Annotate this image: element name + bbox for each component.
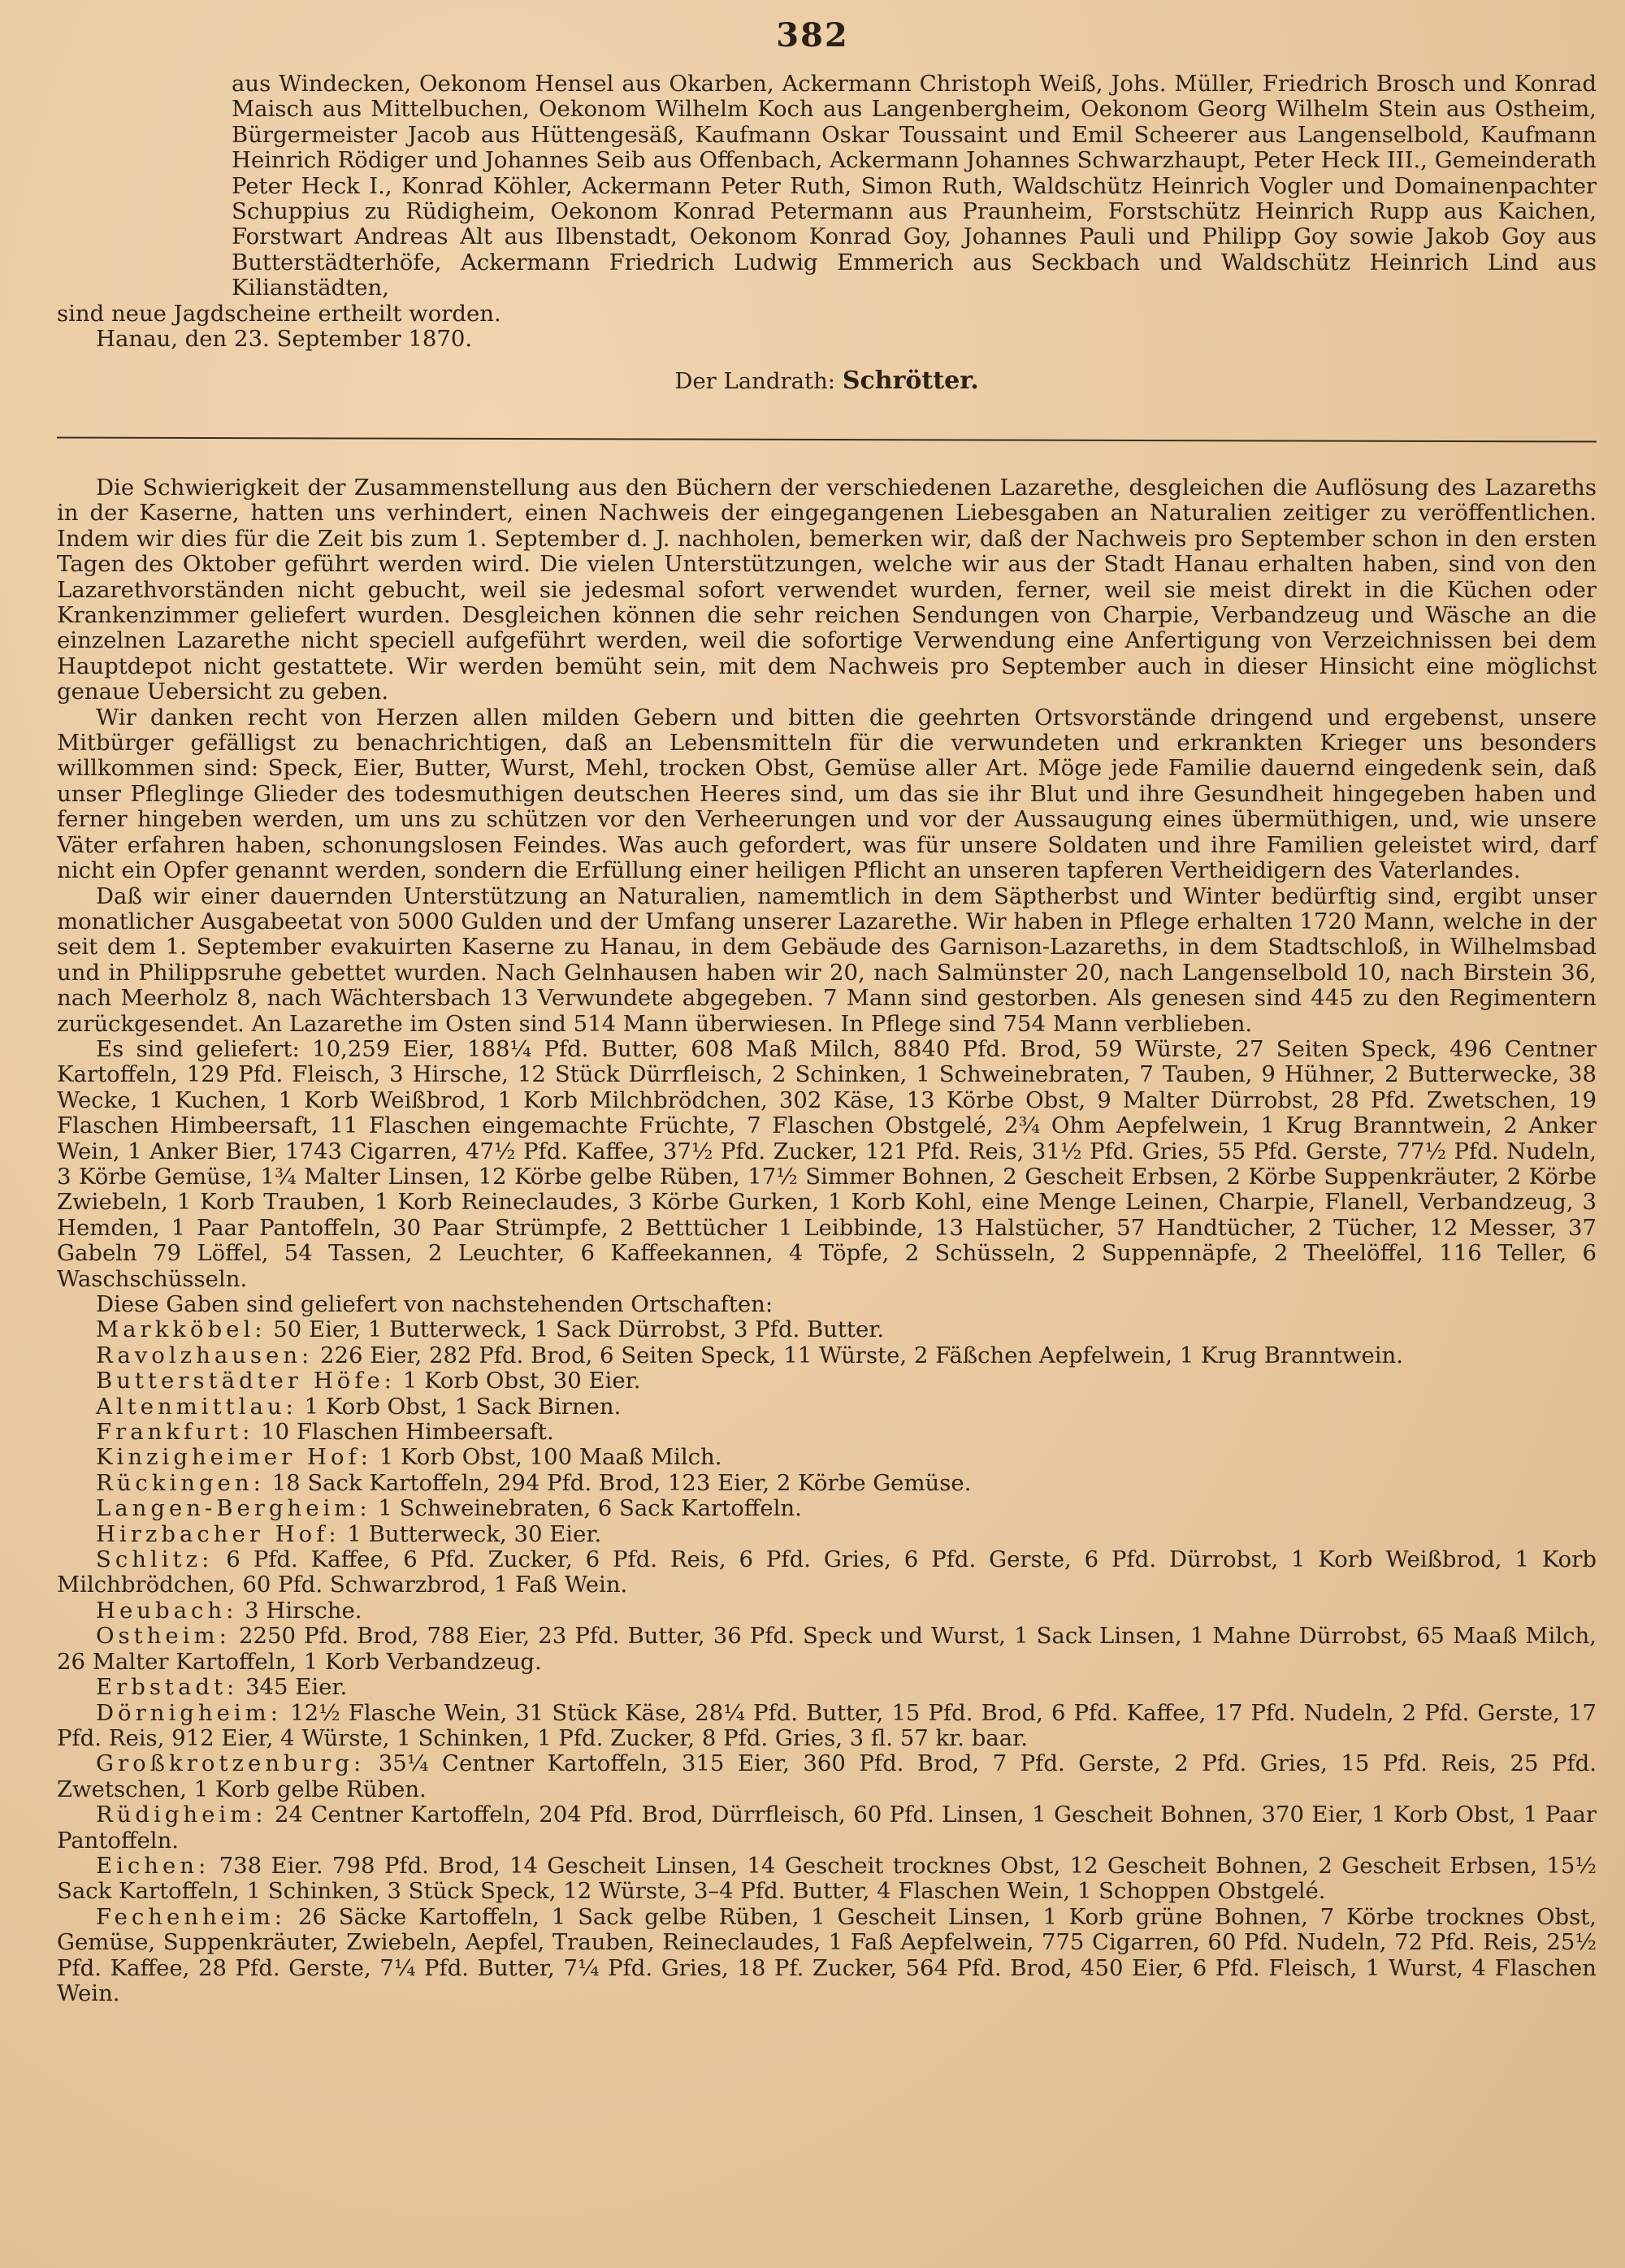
locality-entry: Fechenheim: 26 Säcke Kartoffeln, 1 Sack …	[57, 1905, 1597, 2007]
locality-name: Rückingen:	[96, 1470, 265, 1496]
locality-entry: Schlitz: 6 Pfd. Kaffee, 6 Pfd. Zucker, 6…	[57, 1547, 1597, 1598]
locality-items: 226 Eier, 282 Pfd. Brod, 6 Seiten Speck,…	[320, 1342, 1403, 1368]
locality-entry: Ravolzhausen: 226 Eier, 282 Pfd. Brod, 6…	[57, 1343, 1597, 1368]
locality-name: Markköbel:	[96, 1316, 266, 1342]
locality-entry: Langen-Bergheim: 1 Schweinebraten, 6 Sac…	[57, 1496, 1597, 1521]
section-divider	[57, 437, 1597, 443]
license-holders-list: aus Windecken, Oekonom Hensel aus Okarbe…	[57, 72, 1597, 301]
locality-name: Großkrotzenburg:	[96, 1750, 365, 1776]
locality-name: Ostheim:	[96, 1623, 231, 1649]
locality-items: 1 Butterweck, 30 Eier.	[347, 1521, 601, 1547]
locality-name: Ravolzhausen:	[96, 1342, 313, 1368]
locality-entry: Dörnigheim: 12½ Flasche Wein, 31 Stück K…	[57, 1701, 1597, 1752]
locality-entry: Ostheim: 2250 Pfd. Brod, 788 Eier, 23 Pf…	[57, 1624, 1597, 1675]
locality-items: 345 Eier.	[245, 1674, 347, 1700]
locality-entry: Altenmittlau: 1 Korb Obst, 1 Sack Birnen…	[57, 1394, 1597, 1420]
locality-name: Butterstädter Höfe:	[96, 1368, 396, 1394]
locality-name: Kinzigheimer Hof:	[96, 1444, 372, 1470]
locality-items: 1 Schweinebraten, 6 Sack Kartoffeln.	[378, 1495, 801, 1521]
locality-name: Altenmittlau:	[96, 1394, 297, 1420]
locality-name: Eichen:	[96, 1853, 210, 1879]
signature-name: Schrötter.	[843, 366, 979, 395]
locality-items: 24 Centner Kartoffeln, 204 Pfd. Brod, Dü…	[57, 1802, 1597, 1853]
locality-items: 10 Flaschen Himbeersaft.	[261, 1419, 554, 1445]
locality-entry: Rüdigheim: 24 Centner Kartoffeln, 204 Pf…	[57, 1802, 1597, 1854]
locality-items: 12½ Flasche Wein, 31 Stück Käse, 28¼ Pfd…	[57, 1700, 1597, 1751]
locality-entry: Butterstädter Höfe: 1 Korb Obst, 30 Eier…	[57, 1368, 1597, 1394]
locality-name: Fechenheim:	[96, 1904, 286, 1930]
locality-entry: Eichen: 738 Eier. 798 Pfd. Brod, 14 Gesc…	[57, 1854, 1597, 1905]
locality-items: 50 Eier, 1 Butterweck, 1 Sack Dürrobst, …	[273, 1316, 884, 1342]
locality-name: Rüdigheim:	[96, 1802, 267, 1828]
newspaper-page: 382 aus Windecken, Oekonom Hensel aus Ok…	[0, 0, 1625, 2268]
locality-items: 738 Eier. 798 Pfd. Brod, 14 Gescheit Lin…	[57, 1853, 1597, 1904]
locality-entry: Heubach: 3 Hirsche.	[57, 1598, 1597, 1624]
locality-entry: Großkrotzenburg: 35¼ Centner Kartoffeln,…	[57, 1751, 1597, 1802]
locality-items: 18 Sack Kartoffeln, 294 Pfd. Brod, 123 E…	[272, 1470, 972, 1496]
locality-items: 1 Korb Obst, 1 Sack Birnen.	[305, 1394, 622, 1420]
locality-name: Schlitz:	[96, 1546, 213, 1572]
place-date: Hanau, den 23. September 1870.	[57, 327, 1597, 352]
locality-name: Erbstadt:	[96, 1674, 238, 1700]
locality-entry: Rückingen: 18 Sack Kartoffeln, 294 Pfd. …	[57, 1471, 1597, 1496]
locality-entry: Markköbel: 50 Eier, 1 Butterweck, 1 Sack…	[57, 1317, 1597, 1342]
locality-items: 3 Hirsche.	[245, 1598, 362, 1624]
report-paragraph: Die Schwierigkeit der Zusammenstellung a…	[57, 475, 1597, 705]
report-paragraph: Daß wir einer dauernden Unterstützung an…	[57, 884, 1597, 1037]
locality-items: 2250 Pfd. Brod, 788 Eier, 23 Pfd. Butter…	[57, 1623, 1597, 1674]
locality-items: 6 Pfd. Kaffee, 6 Pfd. Zucker, 6 Pfd. Rei…	[57, 1546, 1597, 1598]
locality-name: Frankfurt:	[96, 1419, 253, 1445]
locality-name: Langen-Bergheim:	[96, 1495, 371, 1521]
locality-items: 26 Säcke Kartoffeln, 1 Sack gelbe Rüben,…	[57, 1904, 1597, 2006]
locality-items: 1 Korb Obst, 30 Eier.	[403, 1368, 641, 1394]
report-paragraph: Es sind geliefert: 10,259 Eier, 188¼ Pfd…	[57, 1037, 1597, 1292]
locality-items: 1 Korb Obst, 100 Maaß Milch.	[379, 1444, 722, 1470]
locality-name: Dörnigheim:	[96, 1700, 282, 1726]
notice-closing: sind neue Jagdscheine ertheilt worden.	[57, 301, 1597, 327]
signature-label: Der Landrath:	[674, 368, 835, 394]
locality-name: Hirzbacher Hof:	[96, 1521, 340, 1547]
signature: Der Landrath: Schrötter.	[57, 368, 1597, 394]
page-number: 382	[0, 16, 1625, 54]
donations-report: Die Schwierigkeit der Zusammenstellung a…	[57, 475, 1597, 2006]
report-paragraph: Wir danken recht von Herzen allen milden…	[57, 705, 1597, 884]
report-paragraph: Diese Gaben sind geliefert von nachstehe…	[57, 1292, 1597, 1317]
locality-entry: Kinzigheimer Hof: 1 Korb Obst, 100 Maaß …	[57, 1445, 1597, 1470]
hunting-license-notice: aus Windecken, Oekonom Hensel aus Okarbe…	[57, 72, 1597, 395]
locality-entry: Hirzbacher Hof: 1 Butterweck, 30 Eier.	[57, 1522, 1597, 1547]
locality-entry: Erbstadt: 345 Eier.	[57, 1675, 1597, 1700]
locality-entry: Frankfurt: 10 Flaschen Himbeersaft.	[57, 1420, 1597, 1445]
locality-name: Heubach:	[96, 1598, 237, 1624]
localities-list: Markköbel: 50 Eier, 1 Butterweck, 1 Sack…	[57, 1317, 1597, 2006]
